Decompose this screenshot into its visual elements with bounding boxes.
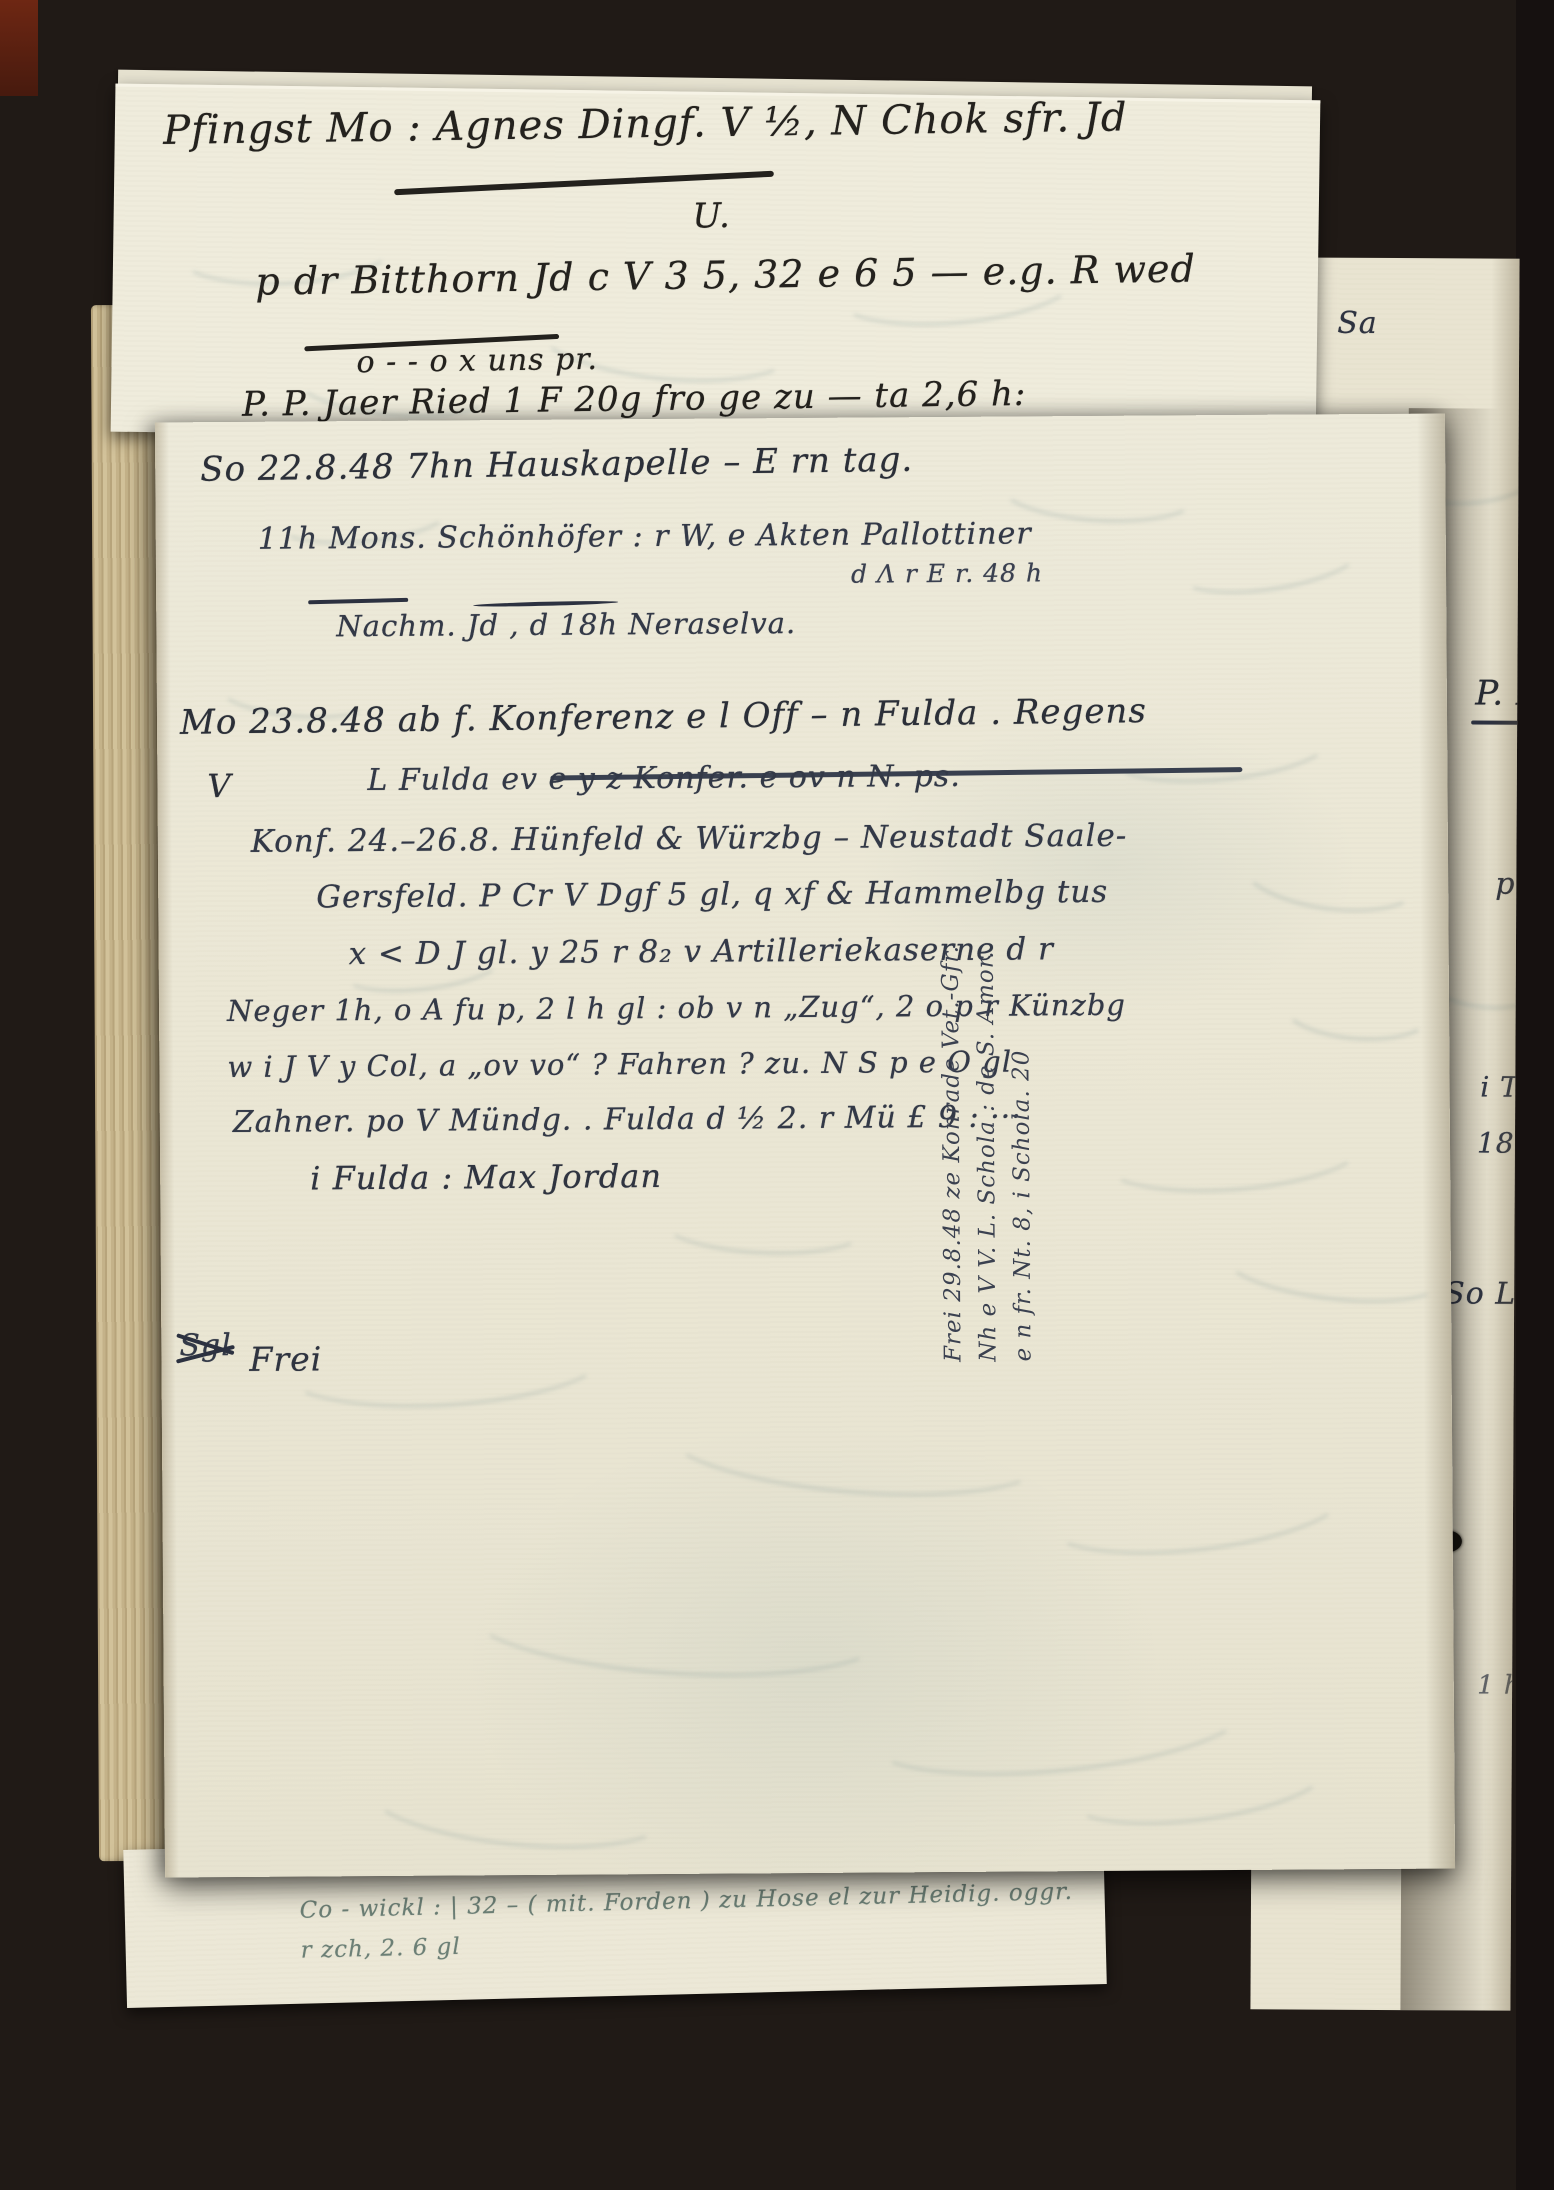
diary-subline: d Λ r E r. 48 h [851, 558, 1043, 588]
bleed-through-mark [460, 1556, 892, 1689]
diary-line: U. [692, 196, 731, 237]
ink-underline [394, 171, 774, 196]
diary-entry-date-line: Mo 23.8.48 ab f. Konferenz e l Off – n F… [180, 691, 1147, 743]
photo-right-dark-edge [1516, 0, 1554, 2190]
right-page-fragment: 1 h [1477, 1670, 1520, 1700]
diary-line: i Fulda : Max Jordan [310, 1157, 662, 1197]
bleed-through-mark [1098, 1105, 1369, 1201]
bleed-through-patch [462, 1416, 1165, 1878]
ink-underline [1471, 720, 1519, 724]
right-page-fragment: p B [1495, 867, 1519, 902]
diary-line: 11h Mons. Schönhöfer : r W, e Akten Pall… [258, 516, 1032, 556]
right-page-fragment: Sa [1337, 306, 1378, 341]
diary-line: o - - o x uns pr. [356, 342, 598, 380]
right-page-fragment: So L [1444, 1276, 1516, 1311]
right-page-fragment: i T [1480, 1070, 1519, 1103]
margin-note-line: Frei 29.8.48 ze Konrade Vet.-Gfr. [933, 792, 972, 1362]
bleed-through-mark [1234, 822, 1428, 922]
right-page-fragment: P. E [1475, 673, 1519, 713]
bleed-through-mark [659, 1382, 1051, 1509]
margin-mark: V [207, 767, 231, 805]
ink-underline [473, 600, 618, 608]
margin-note-line: Nh e V V. L. Schola : de S. Amor. [968, 792, 1007, 1362]
bleed-through-mark [1173, 521, 1365, 604]
diary-line: p dr Bitthorn Jd c V 3 5, 32 e 6 5 — e.g… [255, 246, 1196, 303]
diary-entry-date-line: So 22.8.48 7hn Hauskapelle – E rn tag. [200, 440, 913, 490]
bleed-through-mark [361, 1745, 674, 1860]
margin-note-line: e n fr. Nt. 8, i Schola. 20 [1003, 791, 1042, 1361]
bleed-through-mark [1218, 1222, 1450, 1314]
bleed-through-mark [860, 1658, 1253, 1790]
bleed-through-mark [659, 1194, 867, 1259]
main-diary-page: So 22.8.48 7hn Hauskapelle – E rn tag. 1… [155, 414, 1455, 1878]
bleed-through-mark [1039, 1448, 1353, 1568]
bleed-through-mark [279, 1311, 610, 1416]
upper-loose-sheet: Pfingst Mo : Agnes Dingf. V ½, N Chok sf… [111, 84, 1321, 449]
diary-line: w i J V y Col, a „ov vo“ ? Fahren ? zu. … [227, 1045, 1012, 1084]
diary-line: Frei [249, 1339, 322, 1379]
diary-line: Zahner. po V Mündg. . Fulda d ½ 2. r Mü … [233, 1099, 1022, 1140]
diary-line: Pfingst Mo : Agnes Dingf. V ½, N Chok sf… [163, 94, 1128, 153]
ink-underline [308, 598, 408, 604]
faint-diary-line: r zch, 2. 6 gl [300, 1934, 461, 1964]
rotated-margin-note: Frei 29.8.48 ze Konrade Vet.-Gfr. Nh e V… [933, 791, 1042, 1362]
diary-photograph: Sa P. E p B i T 18 So L 1 h Pfingst Mo :… [0, 0, 1554, 2190]
diary-line: L Fulda ev e y z Konfer. e ov n N. ps. [367, 759, 961, 798]
handwriting-block: Pfingst Mo : Agnes Dingf. V ½, N Chok sf… [111, 84, 1321, 432]
bleed-through-mark [1061, 1728, 1335, 1838]
right-page-fragment: 18 [1477, 1126, 1515, 1159]
book-cover-corner [0, 0, 38, 96]
bleed-through-mark [1277, 968, 1438, 1046]
diary-line: Nachm. Jd , d 18h Neraselva. [336, 606, 796, 643]
faint-diary-line: Co - wickl : | 32 – ( mit. Forden ) zu H… [299, 1879, 1073, 1924]
